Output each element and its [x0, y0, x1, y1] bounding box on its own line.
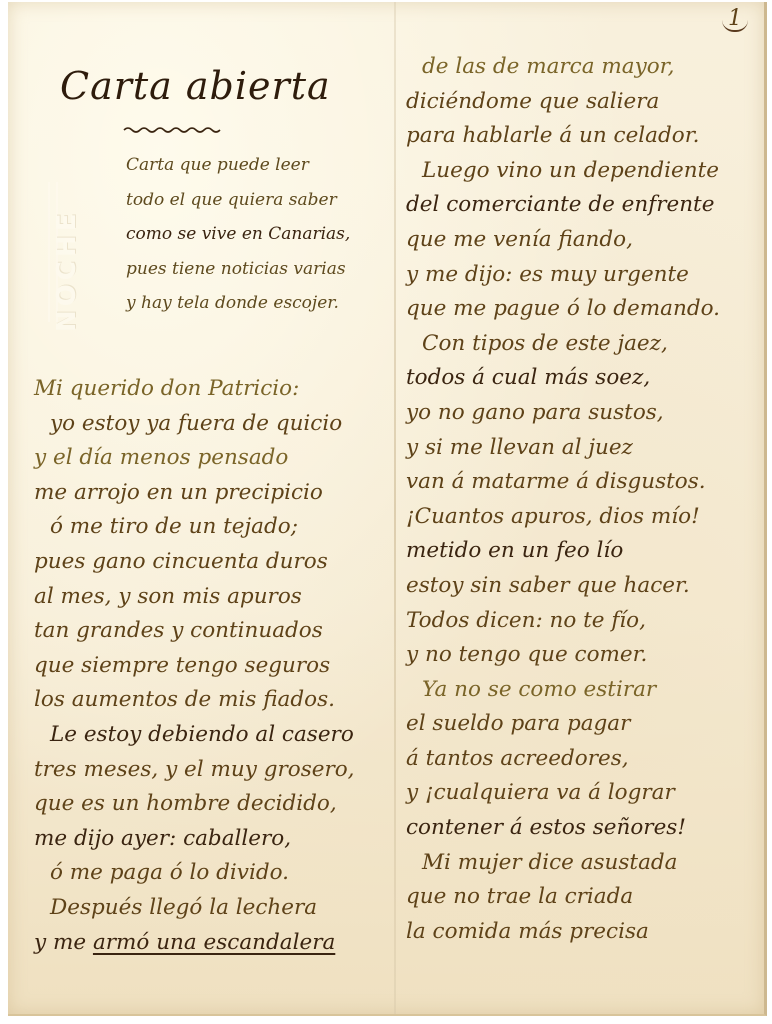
verse-line: yo estoy ya fuera de quicio: [34, 407, 355, 442]
verse-line: Todos dicen: no te fío,: [406, 604, 720, 639]
verse-line: del comerciante de enfrente: [406, 188, 720, 223]
title-squiggle-underline: [122, 124, 222, 134]
verse-line: me dijo ayer: caballero,: [34, 822, 355, 857]
verse-line: y si me llevan al juez: [406, 431, 720, 466]
verse-line: Ya no se como estirar: [406, 673, 720, 708]
verse-line: ó me tiro de un tejado;: [34, 510, 355, 545]
verse-line: para hablarle á un celador.: [406, 119, 720, 154]
document-title: Carta abierta: [60, 64, 331, 108]
verse-line: y me dijo: es muy urgente: [406, 258, 720, 293]
manuscript-page: 1 NOCHE Carta abierta Carta que puede le…: [8, 2, 767, 1016]
verse-line: que me pague ó lo demando.: [406, 292, 720, 327]
page-fold-crease: [394, 2, 396, 1014]
page-number: 1: [722, 8, 748, 32]
verse-line: la comida más precisa: [406, 915, 720, 950]
subtitle-line: todo el que quiera saber: [126, 183, 350, 218]
verse-line: que no trae la criada: [406, 880, 720, 915]
verse-line: ó me paga ó lo divido.: [34, 856, 355, 891]
verse-line: Luego vino un dependiente: [406, 154, 720, 189]
verse-line: que es un hombre decidido,: [34, 787, 355, 822]
verse-line: tres meses, y el muy grosero,: [34, 753, 355, 788]
verse-line: yo no gano para sustos,: [406, 396, 720, 431]
subtitle-line: pues tiene noticias varias: [126, 252, 350, 287]
underlined-phrase: armó una escandalera: [93, 930, 335, 955]
subtitle-line: Carta que puede leer: [126, 148, 350, 183]
subtitle-line: y hay tela donde escojer.: [126, 286, 350, 321]
verse-line: metido en un feo lío: [406, 534, 720, 569]
verse-line-head: y me: [34, 930, 93, 955]
verse-line: me arrojo en un precipicio: [34, 476, 355, 511]
verse-line: estoy sin saber que hacer.: [406, 569, 720, 604]
verse-line: Mi mujer dice asustada: [406, 846, 720, 881]
verse-line: Mi querido don Patricio:: [34, 372, 355, 407]
left-column-verse: Mi querido don Patricio: yo estoy ya fue…: [34, 372, 355, 960]
verse-line: y el día menos pensado: [34, 441, 355, 476]
embossed-stamp: NOCHE: [46, 162, 104, 332]
emboss-stamp-text: NOCHE: [52, 210, 82, 332]
right-column-verse: de las de marca mayor, diciéndome que sa…: [406, 50, 720, 949]
verse-line: diciéndome que saliera: [406, 85, 720, 120]
verse-line: que siempre tengo seguros: [34, 649, 355, 684]
verse-line: el sueldo para pagar: [406, 707, 720, 742]
verse-line: los aumentos de mis fiados.: [34, 683, 355, 718]
verse-line: y ¡cualquiera va á lograr: [406, 776, 720, 811]
verse-line: de las de marca mayor,: [406, 50, 720, 85]
verse-line: á tantos acreedores,: [406, 742, 720, 777]
verse-line: pues gano cincuenta duros: [34, 545, 355, 580]
verse-line: tan grandes y continuados: [34, 614, 355, 649]
verse-line: contener á estos señores!: [406, 811, 720, 846]
verse-line: ¡Cuantos apuros, dios mío!: [406, 500, 720, 535]
verse-line: y me armó una escandalera: [34, 926, 355, 961]
verse-line: Con tipos de este jaez,: [406, 327, 720, 362]
verse-line: Le estoy debiendo al casero: [34, 718, 355, 753]
verse-line: todos á cual más soez,: [406, 361, 720, 396]
verse-line: Después llegó la lechera: [34, 891, 355, 926]
subtitle-block: Carta que puede leer todo el que quiera …: [126, 148, 350, 321]
verse-line: y no tengo que comer.: [406, 638, 720, 673]
verse-line: que me venía fiando,: [406, 223, 720, 258]
subtitle-line: como se vive en Canarias,: [126, 217, 350, 252]
verse-line: al mes, y son mis apuros: [34, 580, 355, 615]
verse-line: van á matarme á disgustos.: [406, 465, 720, 500]
